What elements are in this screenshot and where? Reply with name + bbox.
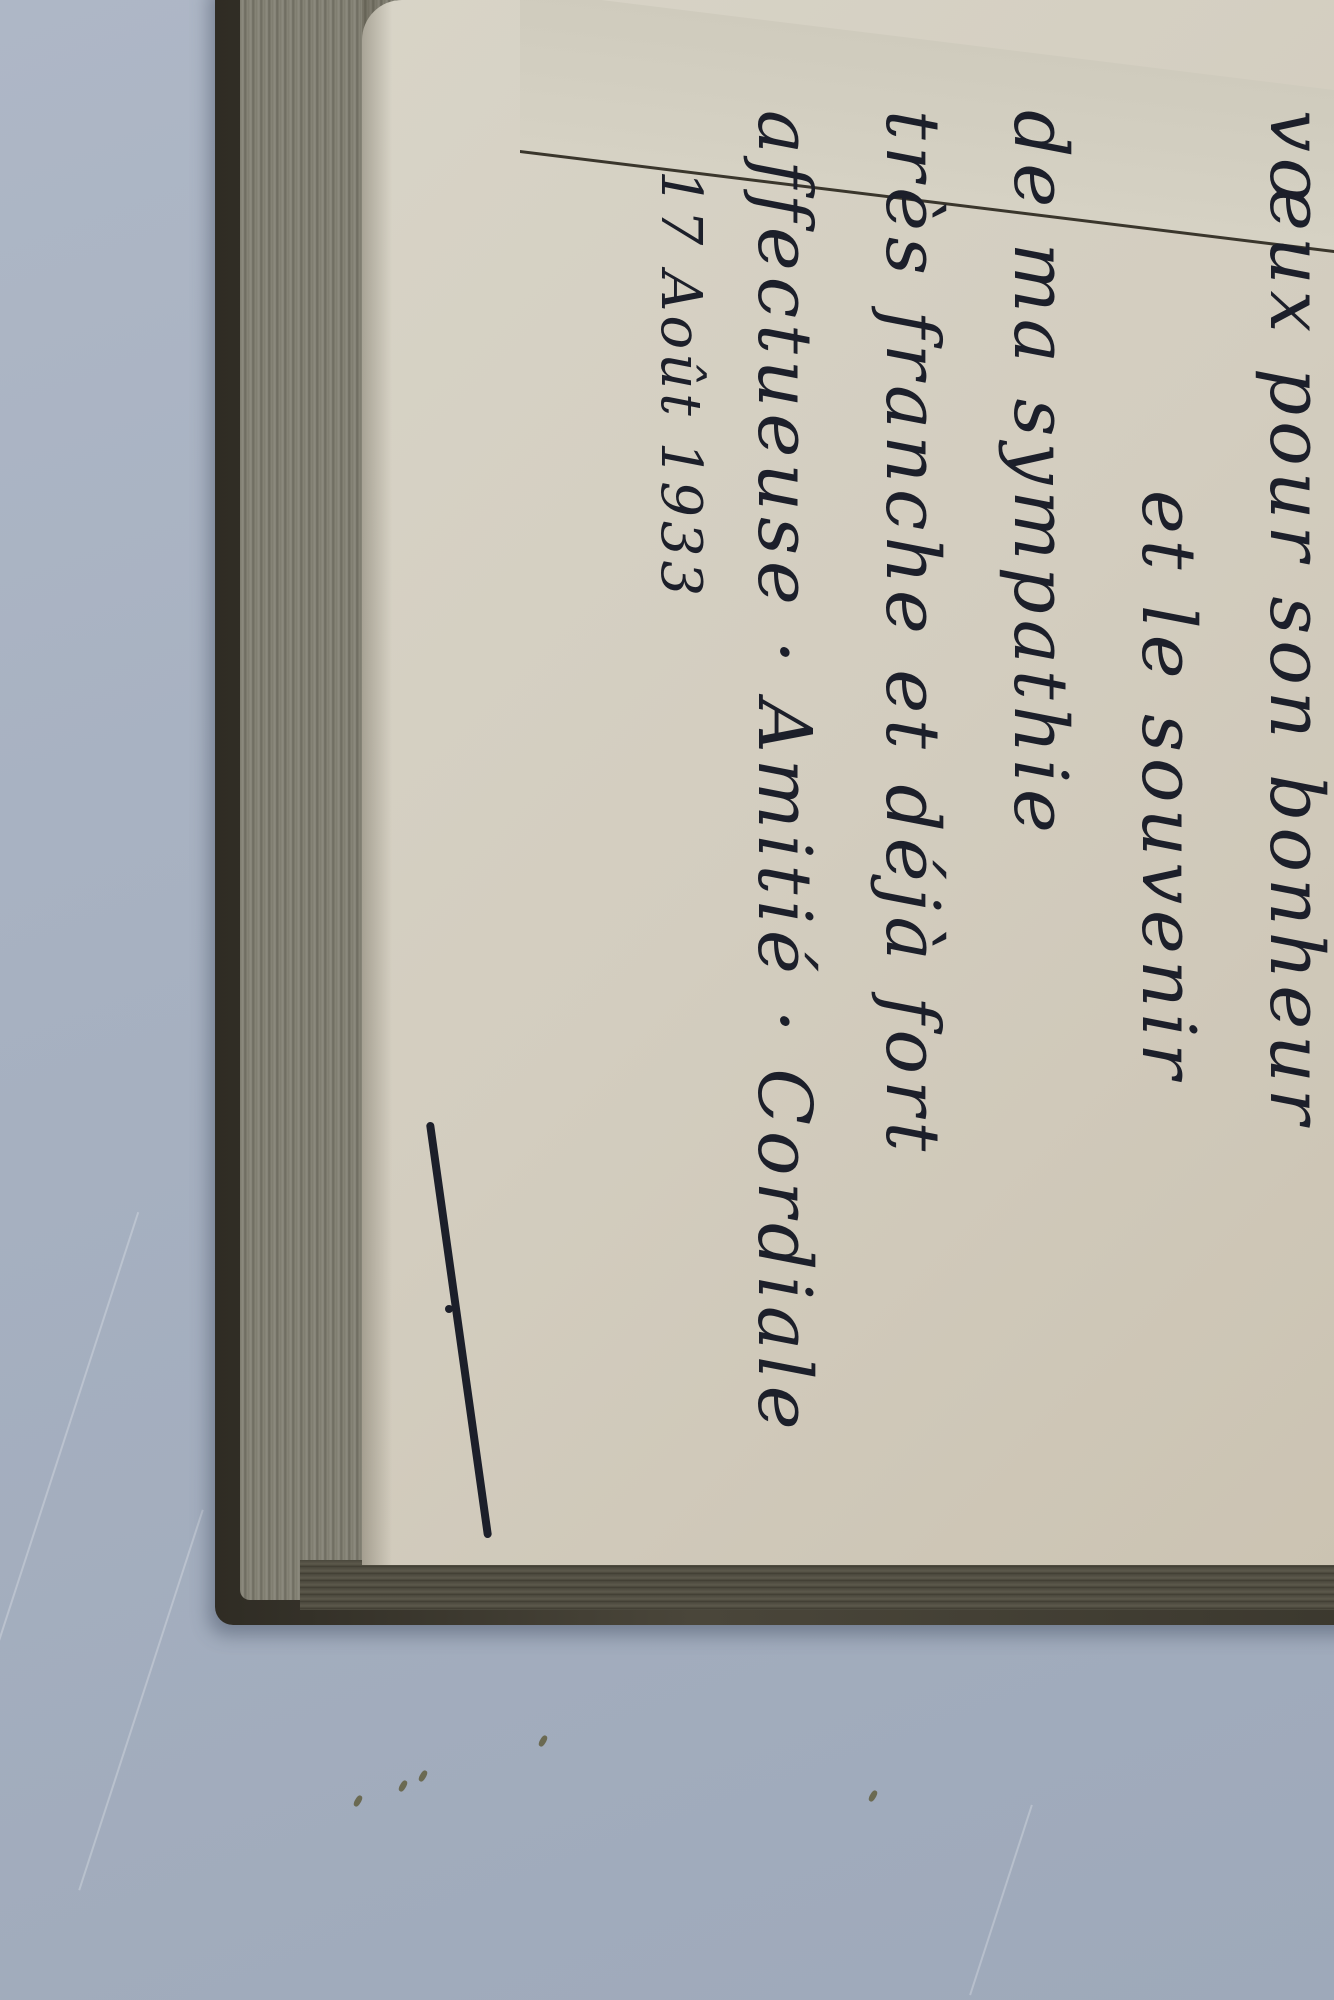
ink-dot <box>445 1305 453 1313</box>
inscription-line: affectueuse · Amitié · Cordiale <box>720 110 848 1610</box>
surface-debris <box>397 1779 408 1792</box>
inscription-line: et le souvenir <box>1104 110 1232 1610</box>
inscription-date: 17 Août 1933 <box>640 110 720 1610</box>
inscription-line: très franche et déjà fort <box>848 110 976 1610</box>
page-curl-shadow <box>362 0 392 1565</box>
inscription-line: vœux pour son bonheur <box>1232 110 1334 1610</box>
surface-debris <box>352 1794 363 1807</box>
surface-streak <box>0 1212 139 1688</box>
surface-debris <box>417 1769 428 1782</box>
surface-streak <box>78 1509 204 1890</box>
inscription-line: de ma sympathie <box>976 110 1104 1610</box>
surface-streak <box>969 1805 1033 1996</box>
handwritten-inscription: vœux pour son bonheur et le souvenir de … <box>640 110 1334 1610</box>
surface-debris <box>867 1789 878 1802</box>
surface-debris <box>537 1734 548 1747</box>
